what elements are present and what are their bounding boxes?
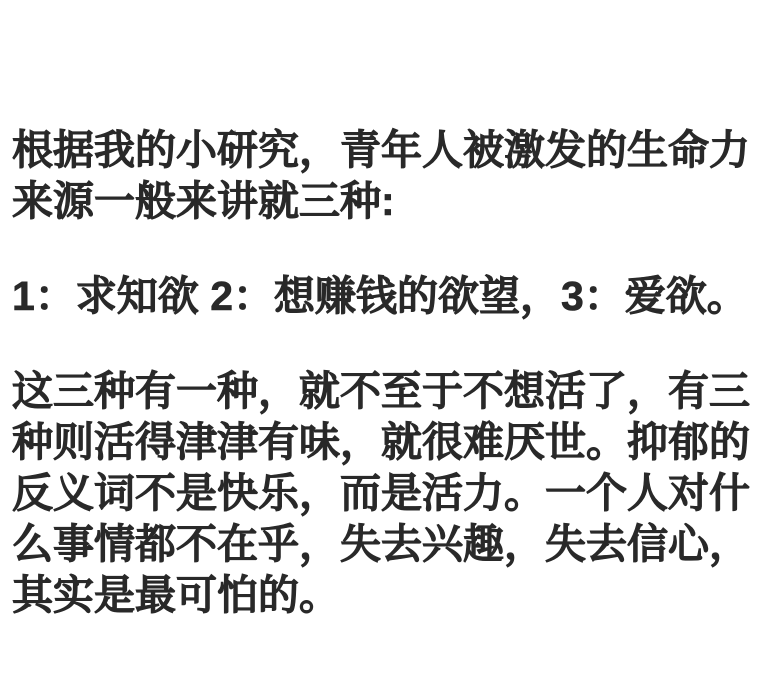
paragraph-list: 1：求知欲 2：想赚钱的欲望，3：爱欲。 — [12, 271, 749, 322]
text-line: 根据我的小研究，青年人被激发的生命力 — [12, 125, 749, 176]
text-line: 来源一般来讲就三种: — [12, 176, 749, 227]
paragraph-intro: 根据我的小研究，青年人被激发的生命力 来源一般来讲就三种: — [12, 125, 749, 227]
text-line: 么事情都不在乎，失去兴趣，失去信心， — [12, 519, 749, 570]
paragraph-conclusion: 这三种有一种，就不至于不想活了，有三 种则活得津津有味，就很难厌世。抑郁的 反义… — [12, 366, 749, 621]
text-content: 根据我的小研究，青年人被激发的生命力 来源一般来讲就三种: 1：求知欲 2：想赚… — [0, 0, 759, 621]
text-line: 这三种有一种，就不至于不想活了，有三 — [12, 366, 749, 417]
text-line: 反义词不是快乐，而是活力。一个人对什 — [12, 468, 749, 519]
text-line: 种则活得津津有味，就很难厌世。抑郁的 — [12, 417, 749, 468]
text-line: 其实是最可怕的。 — [12, 570, 749, 621]
text-line: 1：求知欲 2：想赚钱的欲望，3：爱欲。 — [12, 271, 749, 322]
